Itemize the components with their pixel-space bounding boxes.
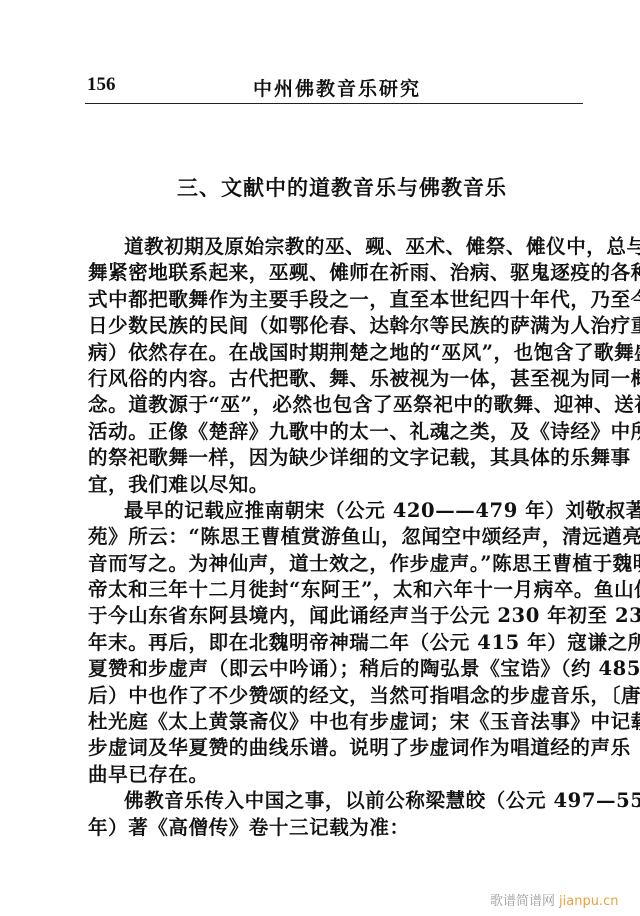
- running-title: 中州佛教音乐研究: [253, 74, 421, 101]
- page-header: 156 中州佛教音乐研究: [85, 74, 585, 98]
- section-title: 三、文献中的道教音乐与佛教音乐: [177, 172, 507, 202]
- text-line: 杜光庭《太上黄箓斋仪》中也有步虚词；宋《玉音法事》中记载了: [88, 709, 588, 735]
- text-line: 病）依然存在。在战国时期荆楚之地的“巫风”，也饱含了歌舞盛: [88, 340, 588, 366]
- text-line: 念。道教源于“巫”，必然也包含了巫祭祀中的歌舞、迎神、送神等: [88, 392, 588, 418]
- body-text: 道教初期及原始宗教的巫、觋、巫术、傩祭、傩仪中，总与歌舞紧密地联系起来，巫觋、傩…: [88, 234, 588, 841]
- text-line: 佛教音乐传入中国之事，以前公称梁慧皎（公元 497—554: [88, 788, 588, 814]
- text-line: 日少数民族的民间（如鄂伦春、达斡尔等民族的萨满为人治疗重: [88, 313, 588, 339]
- text-line: 的祭祀歌舞一样，因为缺少详细的文字记载，其具体的乐舞事: [88, 445, 588, 471]
- text-line: 道教初期及原始宗教的巫、觋、巫术、傩祭、傩仪中，总与歌: [88, 234, 588, 260]
- text-line: 年末。再后，即在北魏明帝神瑞二年（公元 415 年）寇谦之所得华: [88, 630, 588, 656]
- text-line: 年）著《高僧传》卷十三记载为准：: [88, 815, 588, 841]
- text-line: 行风俗的内容。古代把歌、舞、乐被视为一体，甚至视为同一概: [88, 366, 588, 392]
- text-line: 于今山东省东阿县境内，闻此诵经声当于公元 230 年初至 232: [88, 603, 588, 629]
- text-line: 曲早已存在。: [88, 762, 588, 788]
- text-line: 舞紧密地联系起来，巫觋、傩师在祈雨、治病、驱鬼逐疫的各种仪: [88, 260, 588, 286]
- text-line: 苑》所云：“陈思王曹植赏游鱼山，忽闻空中颂经声，清远遒亮，解: [88, 524, 588, 550]
- text-line: 最早的记载应推南朝宋（公元 420——479 年）刘敬叔著《异: [88, 498, 588, 524]
- text-line: 式中都把歌舞作为主要手段之一，直至本世纪四十年代，乃至今: [88, 287, 588, 313]
- text-line: 宜，我们难以尽知。: [88, 472, 588, 498]
- watermark-domain: jianpu.cn: [559, 894, 618, 909]
- watermark: 歌谱简谱网jianpu.cn: [490, 890, 618, 909]
- page-number: 156: [87, 74, 116, 96]
- text-line: 音而写之。为神仙声，道士效之，作步虚声。”陈思王曹植于魏明: [88, 551, 588, 577]
- text-line: 夏赞和步虚声（即云中吟诵）；稍后的陶弘景《宝诰》（约 485 年前: [88, 656, 588, 682]
- text-line: 活动。正像《楚辞》九歌中的太一、礼魂之类，及《诗经》中所描写: [88, 419, 588, 445]
- header-rule: [85, 103, 583, 104]
- text-line: 后）中也作了不少赞颂的经文，当然可指唱念的步虚音乐，〔唐〕: [88, 683, 588, 709]
- watermark-site-name: 歌谱简谱网: [490, 894, 555, 909]
- text-line: 帝太和三年十二月徙封“东阿王”，太和六年十一月病卒。鱼山位: [88, 577, 588, 603]
- text-line: 步虚词及华夏赞的曲线乐谱。说明了步虚词作为唱道经的声乐: [88, 735, 588, 761]
